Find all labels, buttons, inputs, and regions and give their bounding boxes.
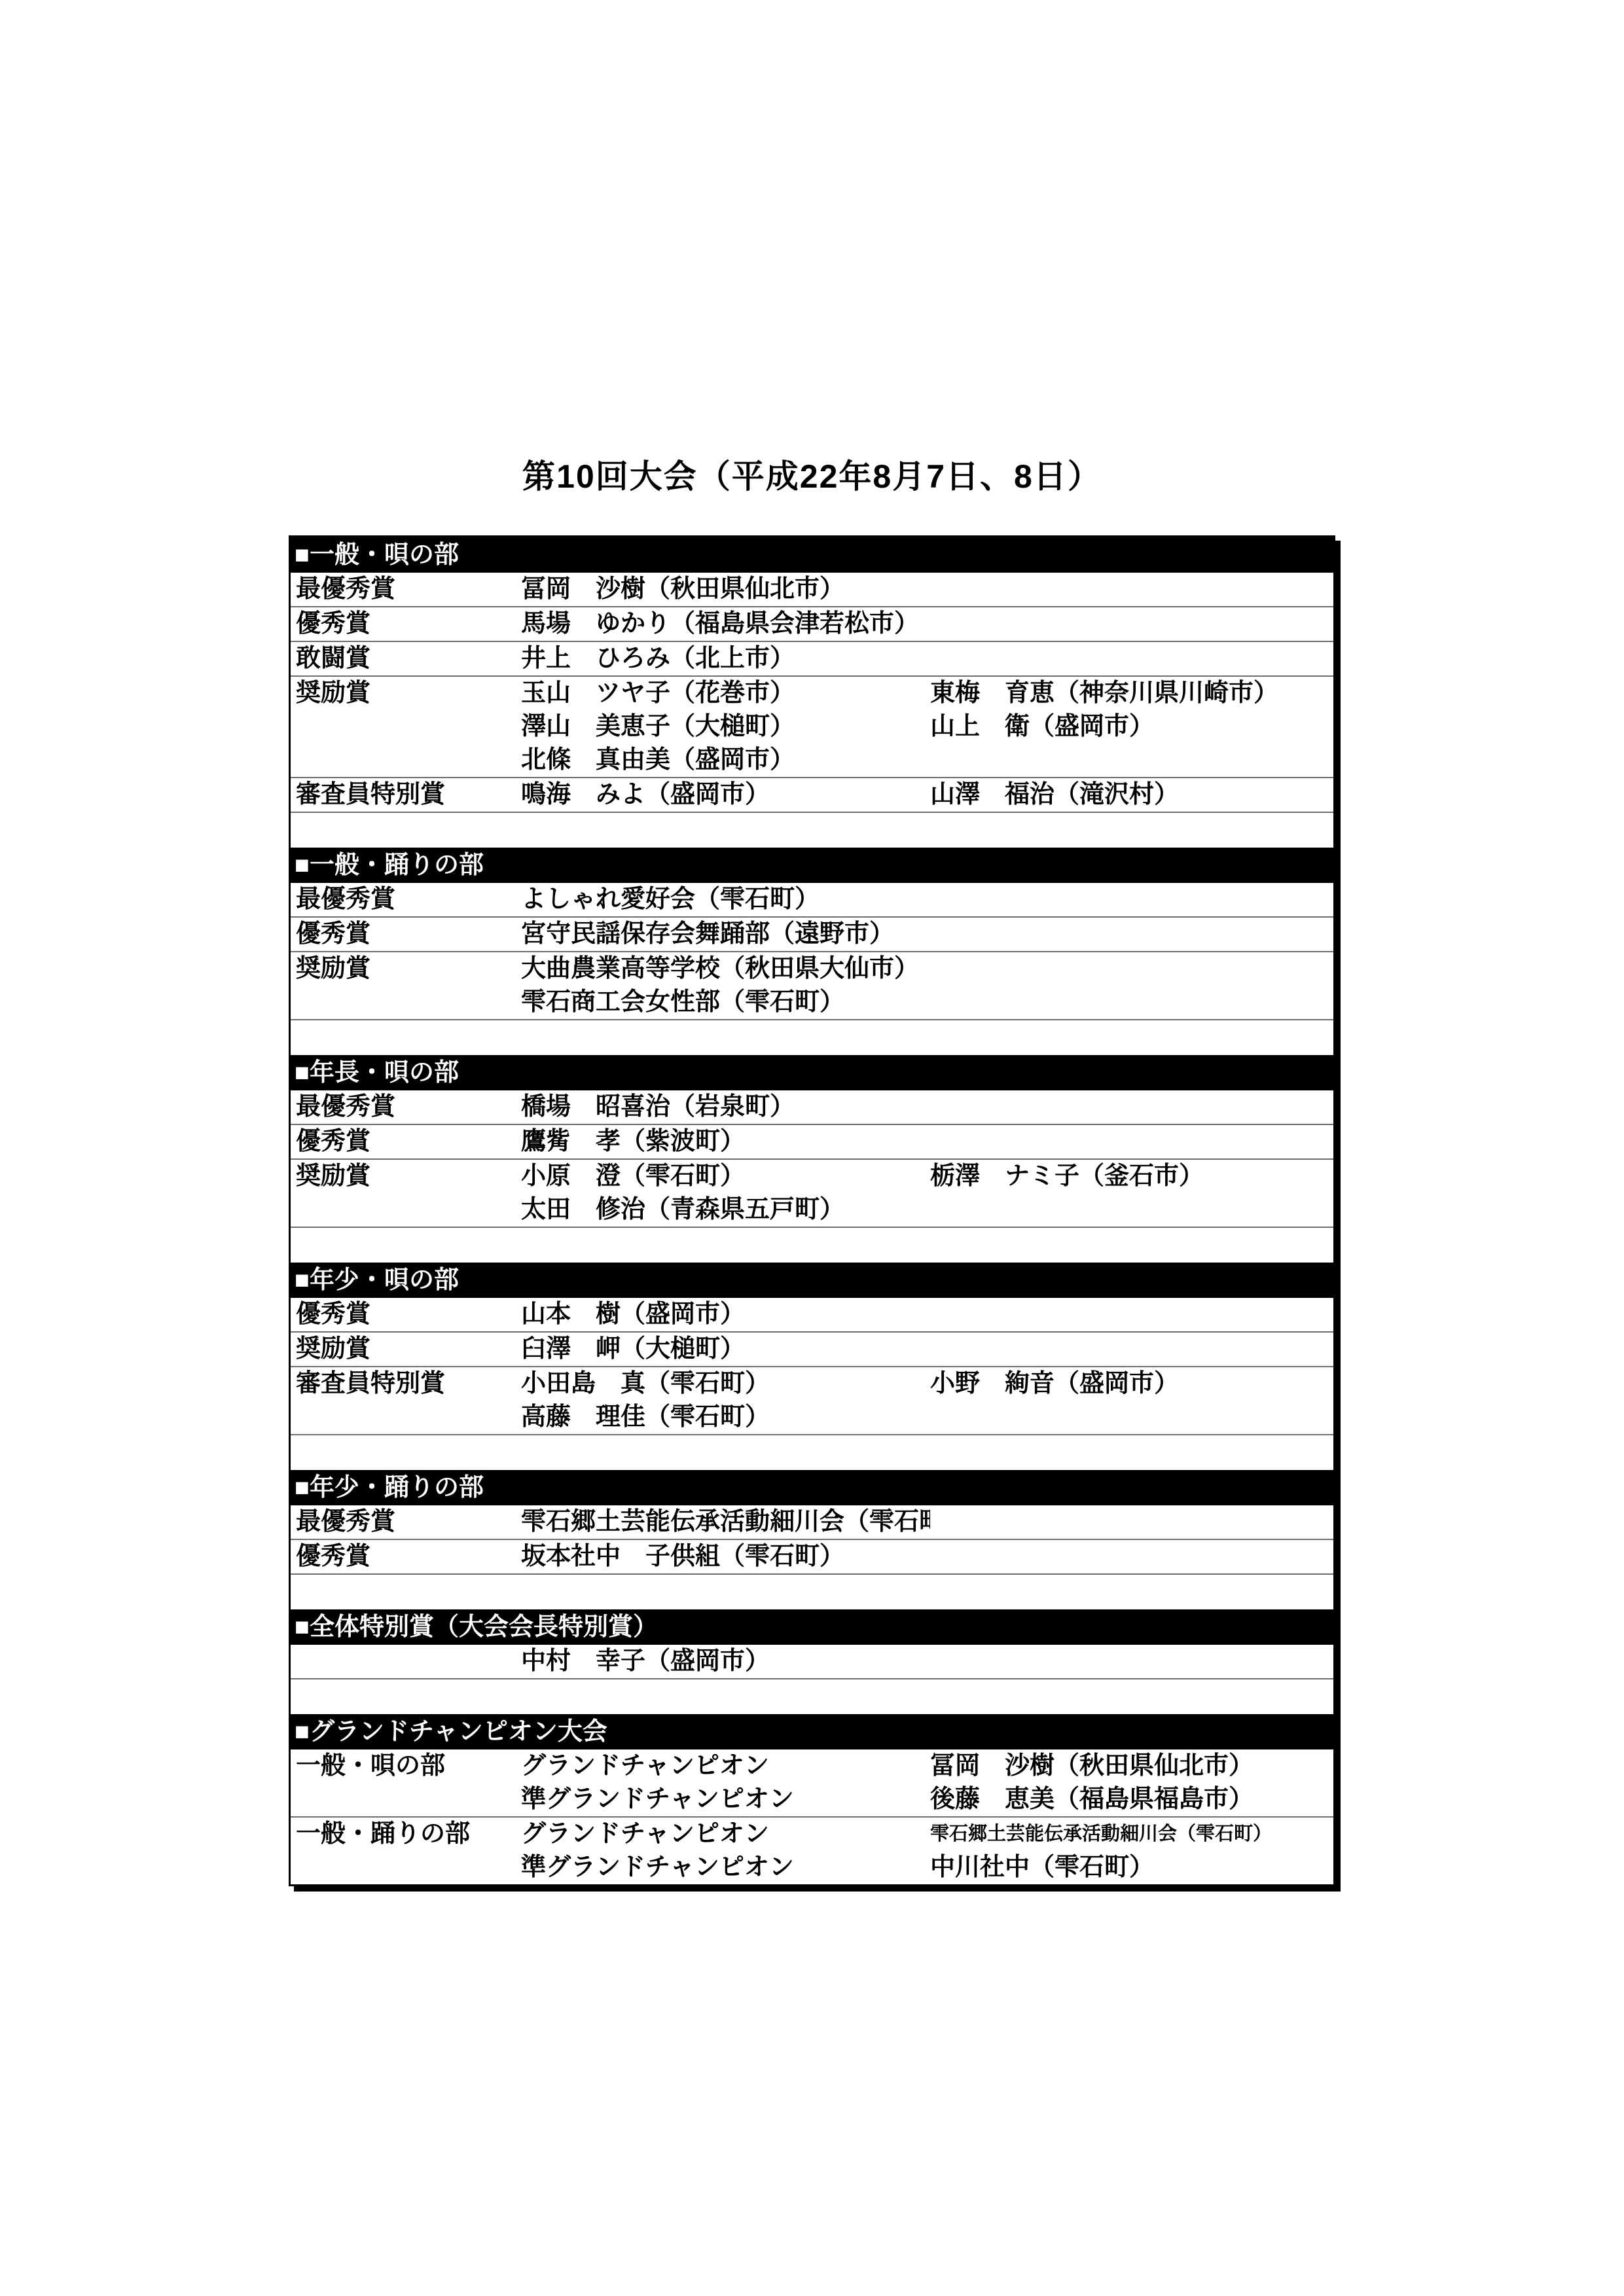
- award-row: 優秀賞 山本 樹（盛岡市）: [291, 1298, 1333, 1333]
- award-row: 審査員特別賞 鳴海 みよ（盛岡市） 山澤 福治（滝沢村）: [291, 778, 1333, 813]
- award-row: 一般・唄の部 グランドチャンピオン 冨岡 沙樹（秋田県仙北市）: [291, 1749, 1333, 1783]
- winner-name: 鷹觜 孝（紫波町）: [521, 1127, 930, 1157]
- winner-name: 高藤 理佳（雫石町）: [521, 1403, 930, 1433]
- winner-name-2: 山澤 福治（滝沢村）: [930, 780, 1333, 810]
- award-row: 北條 真由美（盛岡市）: [291, 744, 1333, 778]
- champion-title: グランドチャンピオン: [521, 1820, 930, 1850]
- section-nencho-uta: ■年長・唄の部 最優秀賞 橋場 昭喜治（岩泉町） 優秀賞 鷹觜 孝（紫波町） 奨…: [291, 1055, 1333, 1263]
- award-row: 最優秀賞 よしゃれ愛好会（雫石町）: [291, 883, 1333, 918]
- section-header: ■全体特別賞（大会会長特別賞）: [291, 1609, 1333, 1645]
- award-row: 最優秀賞 橋場 昭喜治（岩泉町）: [291, 1090, 1333, 1125]
- award-row: 雫石商工会女性部（雫石町）: [291, 986, 1333, 1020]
- winner-name: 鳴海 みよ（盛岡市）: [521, 780, 930, 810]
- winner-name: 太田 修治（青森県五戸町）: [521, 1195, 930, 1225]
- winner-name: 雫石郷土芸能伝承活動細川会（雫石町）: [930, 1823, 1333, 1846]
- award-row: 太田 修治（青森県五戸町）: [291, 1193, 1333, 1228]
- page-title: 第10回大会（平成22年8月7日、8日）: [289, 450, 1335, 497]
- section-nensho-uta: ■年少・唄の部 優秀賞 山本 樹（盛岡市） 奨励賞 臼澤 岬（大槌町） 審査員特…: [291, 1263, 1333, 1470]
- award-label: 奨励賞: [291, 1162, 521, 1192]
- award-row: 奨励賞 小原 澄（雫石町） 栃澤 ナミ子（釜石市）: [291, 1160, 1333, 1193]
- spacer-row: [291, 1679, 1333, 1714]
- spacer-row: [291, 1228, 1333, 1263]
- winner-name: 北條 真由美（盛岡市）: [521, 745, 930, 776]
- award-label: 最優秀賞: [291, 575, 521, 605]
- category-label: 一般・踊りの部: [291, 1820, 521, 1850]
- award-label: 優秀賞: [291, 1542, 521, 1572]
- spacer-row: [291, 1575, 1333, 1609]
- champion-title: 準グランドチャンピオン: [521, 1853, 930, 1883]
- section-ippan-odori: ■一般・踊りの部 最優秀賞 よしゃれ愛好会（雫石町） 優秀賞 宮守民謡保存会舞踊…: [291, 848, 1333, 1055]
- section-header: ■一般・踊りの部: [291, 848, 1333, 883]
- winner-name: 後藤 恵美（福島県福島市）: [930, 1785, 1333, 1815]
- champion-title: グランドチャンピオン: [521, 1751, 930, 1782]
- award-row: 準グランドチャンピオン 中川社中（雫石町）: [291, 1851, 1333, 1884]
- award-label: 最優秀賞: [291, 1507, 521, 1537]
- spacer-row: [291, 1435, 1333, 1470]
- section-header: ■年長・唄の部: [291, 1055, 1333, 1090]
- winner-name: 雫石郷土芸能伝承活動細川会（雫石町）: [521, 1507, 930, 1537]
- award-row: 最優秀賞 冨岡 沙樹（秋田県仙北市）: [291, 573, 1333, 607]
- winner-name: 山本 樹（盛岡市）: [521, 1300, 930, 1330]
- award-row: 澤山 美恵子（大槌町） 山上 衛（盛岡市）: [291, 710, 1333, 744]
- winner-name: 中村 幸子（盛岡市）: [521, 1647, 930, 1677]
- award-label: 最優秀賞: [291, 1092, 521, 1122]
- section-header: ■年少・踊りの部: [291, 1470, 1333, 1505]
- winner-name: 大曲農業高等学校（秋田県大仙市）: [521, 954, 930, 984]
- winner-name: 坂本社中 子供組（雫石町）: [521, 1542, 930, 1572]
- award-row: 一般・踊りの部 グランドチャンピオン 雫石郷土芸能伝承活動細川会（雫石町）: [291, 1818, 1333, 1851]
- section-header: ■一般・唄の部: [291, 537, 1333, 573]
- award-label: 奨励賞: [291, 954, 521, 984]
- section-ippan-uta: ■一般・唄の部 最優秀賞 冨岡 沙樹（秋田県仙北市） 優秀賞 馬場 ゆかり（福島…: [291, 537, 1333, 848]
- category-label: 一般・唄の部: [291, 1751, 521, 1782]
- winner-name-2: 東梅 育恵（神奈川県川崎市）: [930, 679, 1333, 709]
- spacer-row: [291, 813, 1333, 848]
- award-row: 審査員特別賞 小田島 真（雫石町） 小野 絢音（盛岡市）: [291, 1367, 1333, 1401]
- winner-name: よしゃれ愛好会（雫石町）: [521, 885, 930, 915]
- winner-name: 雫石商工会女性部（雫石町）: [521, 988, 930, 1018]
- winner-name: 冨岡 沙樹（秋田県仙北市）: [930, 1751, 1333, 1782]
- award-label: 優秀賞: [291, 1127, 521, 1157]
- winner-name: 井上 ひろみ（北上市）: [521, 644, 930, 674]
- award-row: 高藤 理佳（雫石町）: [291, 1401, 1333, 1435]
- champion-title: 準グランドチャンピオン: [521, 1785, 930, 1815]
- award-row: 敢闘賞 井上 ひろみ（北上市）: [291, 642, 1333, 677]
- winner-name: 澤山 美恵子（大槌町）: [521, 712, 930, 742]
- winner-name: 冨岡 沙樹（秋田県仙北市）: [521, 575, 930, 605]
- award-row: 奨励賞 大曲農業高等学校（秋田県大仙市）: [291, 952, 1333, 986]
- award-label: 審査員特別賞: [291, 780, 521, 810]
- section-header: ■年少・唄の部: [291, 1263, 1333, 1298]
- award-row: 準グランドチャンピオン 後藤 恵美（福島県福島市）: [291, 1783, 1333, 1818]
- award-label: 優秀賞: [291, 609, 521, 639]
- winner-name-2: 小野 絢音（盛岡市）: [930, 1369, 1333, 1399]
- award-row: 優秀賞 馬場 ゆかり（福島県会津若松市）: [291, 607, 1333, 642]
- award-label: 最優秀賞: [291, 885, 521, 915]
- winner-name: 小田島 真（雫石町）: [521, 1369, 930, 1399]
- award-row: 優秀賞 宮守民謡保存会舞踊部（遠野市）: [291, 918, 1333, 952]
- award-label: 優秀賞: [291, 920, 521, 950]
- award-row: 優秀賞 坂本社中 子供組（雫石町）: [291, 1540, 1333, 1575]
- award-row: 優秀賞 鷹觜 孝（紫波町）: [291, 1125, 1333, 1160]
- award-label: 優秀賞: [291, 1300, 521, 1330]
- winner-name: 橋場 昭喜治（岩泉町）: [521, 1092, 930, 1122]
- winner-name-2: 山上 衛（盛岡市）: [930, 712, 1333, 742]
- document-page: { "page": { "title": "第10回大会（平成22年8月7日、8…: [0, 0, 1624, 2296]
- section-nensho-odori: ■年少・踊りの部 最優秀賞 雫石郷土芸能伝承活動細川会（雫石町） 優秀賞 坂本社…: [291, 1470, 1333, 1609]
- award-row: 中村 幸子（盛岡市）: [291, 1645, 1333, 1679]
- section-header: ■グランドチャンピオン大会: [291, 1714, 1333, 1749]
- section-grand-champion: ■グランドチャンピオン大会 一般・唄の部 グランドチャンピオン 冨岡 沙樹（秋田…: [291, 1714, 1333, 1884]
- award-row: 奨励賞 玉山 ツヤ子（花巻市） 東梅 育恵（神奈川県川崎市）: [291, 677, 1333, 710]
- winner-name: 小原 澄（雫石町）: [521, 1162, 930, 1192]
- award-label: 奨励賞: [291, 679, 521, 709]
- winner-name: 臼澤 岬（大槌町）: [521, 1335, 930, 1365]
- award-label: 審査員特別賞: [291, 1369, 521, 1399]
- award-label: 奨励賞: [291, 1335, 521, 1365]
- winner-name: 宮守民謡保存会舞踊部（遠野市）: [521, 920, 930, 950]
- section-zentai-tokubetsusho: ■全体特別賞（大会会長特別賞） 中村 幸子（盛岡市）: [291, 1609, 1333, 1714]
- award-label: 敢闘賞: [291, 644, 521, 674]
- award-row: 奨励賞 臼澤 岬（大槌町）: [291, 1333, 1333, 1367]
- results-table: ■一般・唄の部 最優秀賞 冨岡 沙樹（秋田県仙北市） 優秀賞 馬場 ゆかり（福島…: [289, 535, 1335, 1886]
- award-row: 最優秀賞 雫石郷土芸能伝承活動細川会（雫石町）: [291, 1505, 1333, 1540]
- winner-name: 玉山 ツヤ子（花巻市）: [521, 679, 930, 709]
- winner-name: 中川社中（雫石町）: [930, 1853, 1333, 1883]
- spacer-row: [291, 1020, 1333, 1055]
- winner-name: 馬場 ゆかり（福島県会津若松市）: [521, 609, 930, 639]
- winner-name-2: 栃澤 ナミ子（釜石市）: [930, 1162, 1333, 1192]
